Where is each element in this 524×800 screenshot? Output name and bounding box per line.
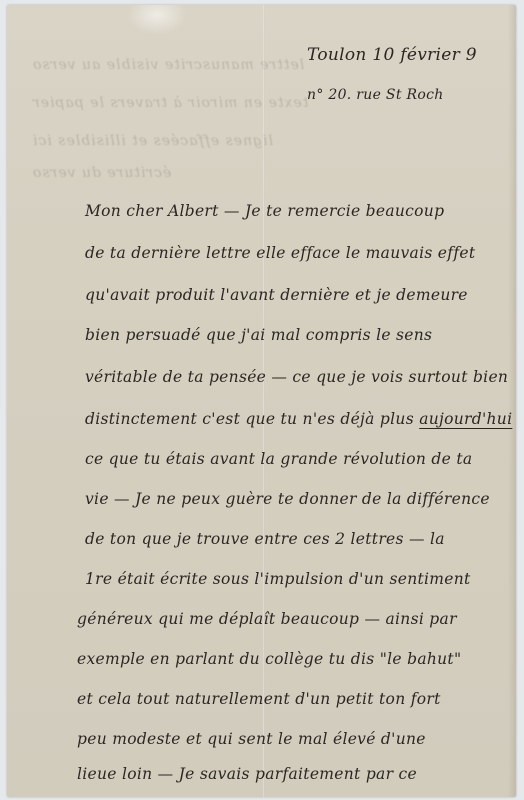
letter-line-text: distinctement c'est que tu n'es déjà plu… [85,410,414,428]
letter-line: véritable de ta pensée — ce que je vois … [85,368,508,386]
letter-line: exemple en parlant du collège tu dis "le… [77,650,461,668]
letter-line: de ton que je trouve entre ces 2 lettres… [85,530,445,548]
letter-line: peu modeste et qui sent le mal élevé d'u… [77,730,426,748]
letter-line: de ta dernière lettre elle efface le mau… [85,244,475,262]
letter-line: bien persuadé que j'ai mal compris le se… [85,326,432,344]
letter-line: 1re était écrite sous l'impulsion d'un s… [85,570,471,588]
letter-line: et cela tout naturellement d'un petit to… [77,690,441,708]
letter-place-date: Toulon 10 février 9 [307,45,477,65]
letter-line: lieue loin — Je savais parfaitement par … [77,765,417,783]
paper-edge-shadow [508,5,516,797]
bleed-through-line: texte en miroir à travers le papier [32,95,308,111]
bleed-through-line: lettre manuscrite visible au verso [32,57,304,73]
paper-fold [262,5,265,797]
letter-line: qu'avait produit l'avant dernière et je … [85,286,468,304]
bleed-through-line: écriture du verso [32,165,171,181]
letter-sheet: lettre manuscrite visible au verso texte… [7,5,516,797]
underlined-word: aujourd'hui [419,410,512,428]
letter-line: généreux qui me déplaît beaucoup — ainsi… [77,610,457,628]
letter-line: Mon cher Albert — Je te remercie beaucou… [85,202,444,220]
bleed-through-line: lignes effacées et illisibles ici [32,133,273,149]
letter-line: vie — Je ne peux guère te donner de la d… [85,490,490,508]
letter-line: distinctement c'est que tu n'es déjà plu… [85,410,512,428]
letter-address: n° 20. rue St Roch [307,87,444,103]
letter-line: ce que tu étais avant la grande révoluti… [85,450,472,468]
